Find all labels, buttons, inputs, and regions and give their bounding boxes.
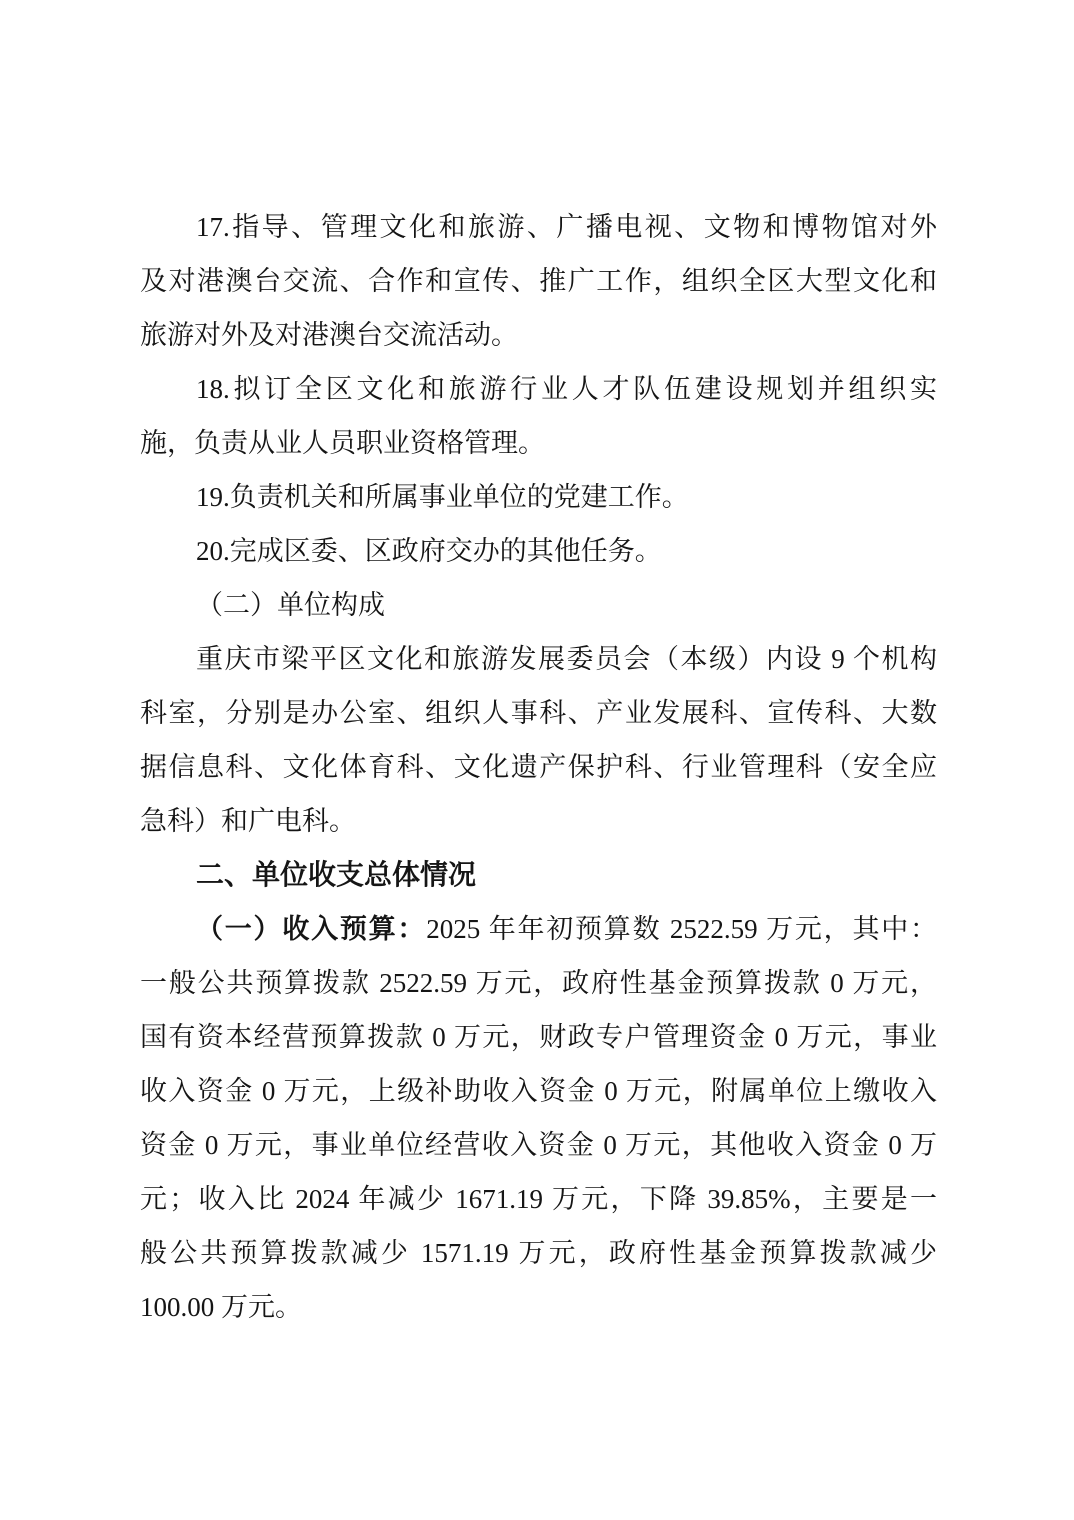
text-line: 施，负责从业人员职业资格管理。	[140, 416, 937, 470]
paragraph-unit-composition: 重庆市梁平区文化和旅游发展委员会（本级）内设 9 个机构 科室，分别是办公室、组…	[140, 632, 937, 848]
text-line: 旅游对外及对港澳台交流活动。	[140, 308, 937, 362]
paragraph-duty-17: 17.指导、管理文化和旅游、广播电视、文物和博物馆对外 及对港澳台交流、合作和宣…	[140, 200, 937, 362]
text-line: 科室，分别是办公室、组织人事科、产业发展科、宣传科、大数	[140, 686, 937, 740]
text-line: 收入资金 0 万元，上级补助收入资金 0 万元，附属单位上缴收入	[140, 1064, 937, 1118]
text-line: 19.负责机关和所属事业单位的党建工作。	[140, 470, 937, 524]
paragraph-duty-20: 20.完成区委、区政府交办的其他任务。	[140, 524, 937, 578]
text-line: 国有资本经营预算拨款 0 万元，财政专户管理资金 0 万元，事业	[140, 1010, 937, 1064]
text-line: 资金 0 万元，事业单位经营收入资金 0 万元，其他收入资金 0 万	[140, 1118, 937, 1172]
text-line: 元；收入比 2024 年减少 1671.19 万元，下降 39.85%，主要是一	[140, 1172, 937, 1226]
paragraph-income-budget: （一）收入预算：2025 年年初预算数 2522.59 万元，其中： 一般公共预…	[140, 902, 937, 1334]
section-heading: （二）单位构成	[140, 578, 937, 632]
paragraph-duty-19: 19.负责机关和所属事业单位的党建工作。	[140, 470, 937, 524]
income-budget-lead-text: 2025 年年初预算数 2522.59 万元，其中：	[426, 914, 937, 944]
text-line: 一般公共预算拨款 2522.59 万元，政府性基金预算拨款 0 万元，	[140, 956, 937, 1010]
chapter-heading: 二、单位收支总体情况	[140, 848, 937, 902]
text-line: 100.00 万元。	[140, 1280, 937, 1334]
paragraph-duty-18: 18.拟订全区文化和旅游行业人才队伍建设规划并组织实 施，负责从业人员职业资格管…	[140, 362, 937, 470]
document-body: 17.指导、管理文化和旅游、广播电视、文物和博物馆对外 及对港澳台交流、合作和宣…	[140, 200, 937, 1334]
chapter-heading-revenue-expenditure: 二、单位收支总体情况	[140, 848, 937, 902]
section-heading-unit-composition: （二）单位构成	[140, 578, 937, 632]
text-line: 18.拟订全区文化和旅游行业人才队伍建设规划并组织实	[140, 362, 937, 416]
income-budget-label: （一）收入预算：	[196, 914, 426, 944]
text-line: 据信息科、文化体育科、文化遗产保护科、行业管理科（安全应	[140, 740, 937, 794]
text-line: 及对港澳台交流、合作和宣传、推广工作，组织全区大型文化和	[140, 254, 937, 308]
text-line: 重庆市梁平区文化和旅游发展委员会（本级）内设 9 个机构	[140, 632, 937, 686]
text-line: 般公共预算拨款减少 1571.19 万元，政府性基金预算拨款减少	[140, 1226, 937, 1280]
text-line: 急科）和广电科。	[140, 794, 937, 848]
document-page: 17.指导、管理文化和旅游、广播电视、文物和博物馆对外 及对港澳台交流、合作和宣…	[0, 0, 1074, 1520]
text-line: （一）收入预算：2025 年年初预算数 2522.59 万元，其中：	[140, 902, 937, 956]
text-line: 17.指导、管理文化和旅游、广播电视、文物和博物馆对外	[140, 200, 937, 254]
text-line: 20.完成区委、区政府交办的其他任务。	[140, 524, 937, 578]
